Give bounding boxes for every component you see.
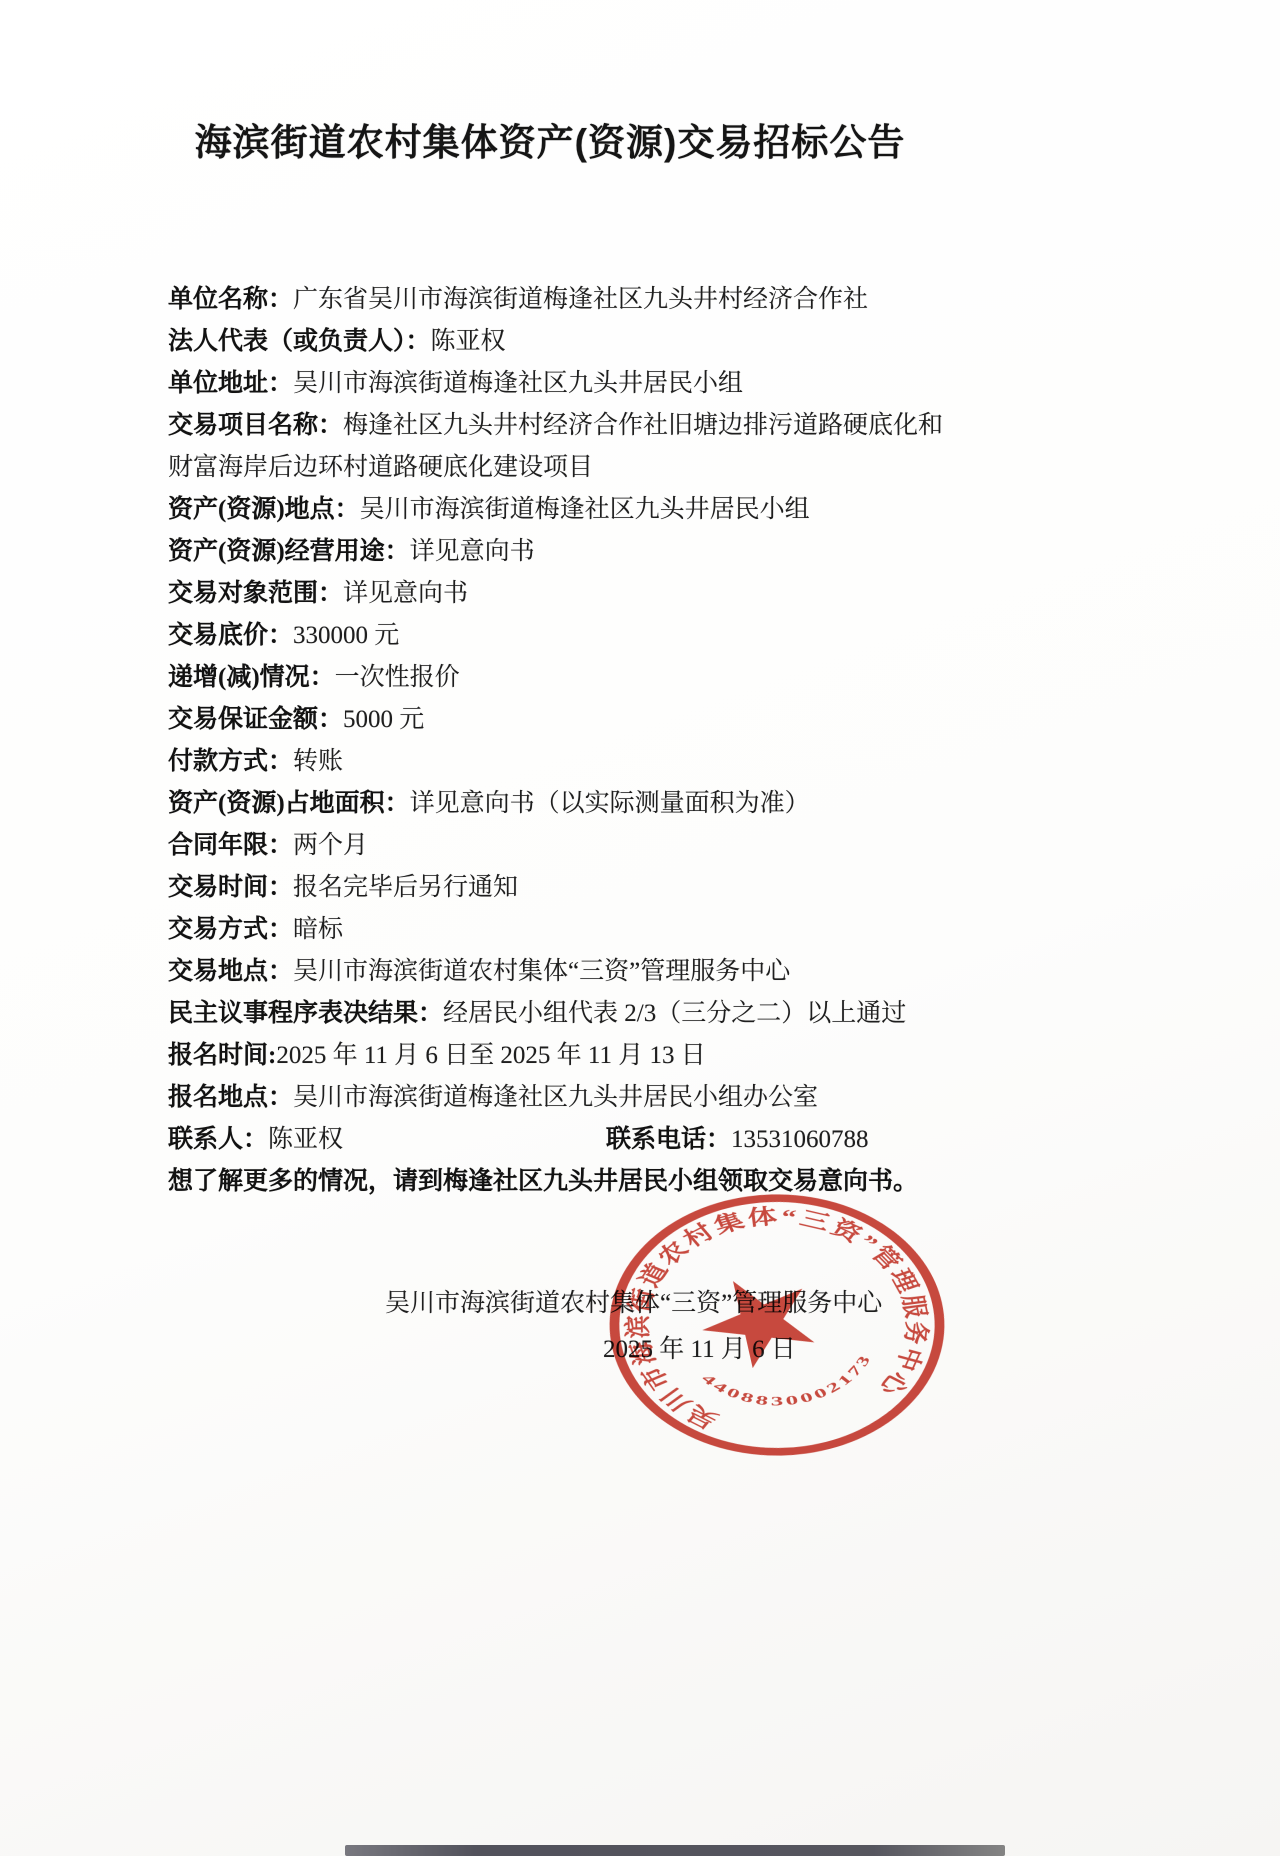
field-row: 报名地点：吴川市海滨街道梅逢社区九头井居民小组办公室: [168, 1077, 946, 1119]
field-value: 一次性报价: [335, 664, 460, 691]
field-row: 资产(资源)地点：吴川市海滨街道梅逢社区九头井居民小组: [168, 489, 946, 531]
field-value: 暗标: [293, 916, 343, 943]
field-value: 吴川市海滨街道农村集体“三资”管理服务中心: [293, 958, 790, 985]
field-label: 民主议事程序表决结果：: [168, 1000, 443, 1027]
field-label: 交易项目名称：: [168, 412, 343, 439]
field-value: 吴川市海滨街道梅逢社区九头井居民小组: [360, 496, 810, 523]
field-row: 交易保证金额：5000 元: [168, 699, 946, 741]
contact-phone-label: 联系电话：: [606, 1126, 731, 1153]
field-row: 交易地点：吴川市海滨街道农村集体“三资”管理服务中心: [168, 951, 946, 993]
document-page: 海滨街道农村集体资产(资源)交易招标公告 单位名称：广东省吴川市海滨街道梅逢社区…: [0, 0, 1280, 1856]
field-label: 合同年限：: [168, 832, 293, 859]
field-value: 详见意向书: [343, 580, 468, 607]
contact-person-label: 联系人：: [168, 1126, 268, 1153]
field-label: 付款方式：: [168, 748, 293, 775]
field-label: 交易对象范围：: [168, 580, 343, 607]
field-label: 单位名称：: [168, 286, 293, 313]
field-row: 交易方式：暗标: [168, 909, 946, 951]
field-row: 交易项目名称：梅逢社区九头井村经济合作社旧塘边排污道路硬底化和财富海岸后边环村道…: [168, 405, 946, 489]
field-value: 转账: [293, 748, 343, 775]
field-value: 详见意向书（以实际测量面积为准）: [410, 790, 810, 817]
seal-star-icon: [683, 1260, 834, 1376]
contact-phone-value: 13531060788: [731, 1126, 869, 1153]
field-value: 2025 年 11 月 6 日至 2025 年 11 月 13 日: [276, 1042, 705, 1069]
contact-person-value: 陈亚权: [268, 1126, 343, 1153]
field-value: 330000 元: [293, 622, 399, 649]
photo-bottom-edge: [345, 1845, 1005, 1856]
field-row: 法人代表（或负责人）：陈亚权: [168, 321, 946, 363]
field-label: 交易保证金额：: [168, 706, 343, 733]
field-label: 报名时间:: [168, 1042, 276, 1069]
field-label: 交易地点：: [168, 958, 293, 985]
field-row: 合同年限：两个月: [168, 825, 946, 867]
field-label: 报名地点：: [168, 1084, 293, 1111]
field-value: 两个月: [293, 832, 368, 859]
field-value: 经居民小组代表 2/3（三分之二）以上通过: [443, 1000, 906, 1027]
field-label: 交易时间：: [168, 874, 293, 901]
field-label: 资产(资源)经营用途：: [168, 538, 410, 565]
field-row: 付款方式：转账: [168, 741, 946, 783]
field-label: 资产(资源)占地面积：: [168, 790, 410, 817]
svg-text:4408830002173: 4408830002173: [696, 1349, 885, 1420]
field-row: 资产(资源)占地面积：详见意向书（以实际测量面积为准）: [168, 783, 946, 825]
field-row: 交易时间：报名完毕后另行通知: [168, 867, 946, 909]
official-seal-stamp: 吴川市海滨街道农村集体“三资”管理服务中心 4408830002173: [551, 1149, 1003, 1501]
field-row: 单位地址：吴川市海滨街道梅逢社区九头井居民小组: [168, 363, 946, 405]
field-row: 交易底价：330000 元: [168, 615, 946, 657]
field-value: 报名完毕后另行通知: [293, 874, 518, 901]
field-value: 5000 元: [343, 706, 424, 733]
field-row: 单位名称：广东省吴川市海滨街道梅逢社区九头井村经济合作社: [168, 279, 946, 321]
field-value: 吴川市海滨街道梅逢社区九头井居民小组: [293, 370, 743, 397]
page-title: 海滨街道农村集体资产(资源)交易招标公告: [0, 112, 1100, 166]
field-label: 法人代表（或负责人）：: [168, 328, 431, 355]
field-value: 陈亚权: [431, 328, 506, 355]
contact-person: 联系人：陈亚权: [168, 1126, 343, 1153]
field-row: 报名时间:2025 年 11 月 6 日至 2025 年 11 月 13 日: [168, 1035, 946, 1077]
field-label: 交易方式：: [168, 916, 293, 943]
field-label: 单位地址：: [168, 370, 293, 397]
field-row: 递增(减)情况：一次性报价: [168, 657, 946, 699]
contact-phone: 联系电话：13531060788: [606, 1119, 869, 1161]
field-label: 资产(资源)地点：: [168, 496, 360, 523]
field-row: 交易对象范围：详见意向书: [168, 573, 946, 615]
field-row: 民主议事程序表决结果：经居民小组代表 2/3（三分之二）以上通过: [168, 993, 946, 1035]
field-label: 递增(减)情况：: [168, 664, 335, 691]
announcement-body: 单位名称：广东省吴川市海滨街道梅逢社区九头井村经济合作社 法人代表（或负责人）：…: [168, 279, 946, 1203]
field-value: 广东省吴川市海滨街道梅逢社区九头井村经济合作社: [293, 286, 868, 313]
contact-row: 联系人：陈亚权 联系电话：13531060788: [168, 1119, 946, 1161]
field-label: 交易底价：: [168, 622, 293, 649]
field-value: 吴川市海滨街道梅逢社区九头井居民小组办公室: [293, 1084, 818, 1111]
field-row: 资产(资源)经营用途：详见意向书: [168, 531, 946, 573]
seal-number: 4408830002173: [696, 1349, 885, 1420]
field-value: 详见意向书: [410, 538, 535, 565]
